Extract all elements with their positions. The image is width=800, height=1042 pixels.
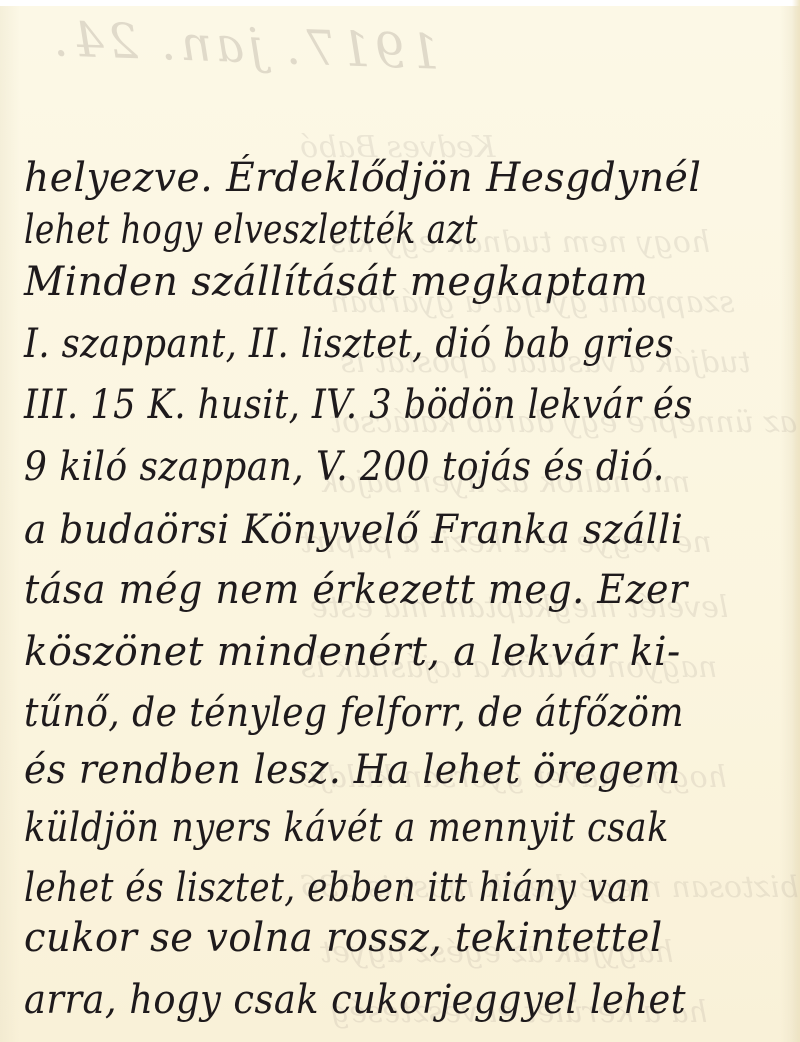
handwritten-line: arra, hogy csak cukorjeggyel lehet [24,980,686,1020]
handwritten-line: cukor se volna rossz, tekintettel [24,918,663,958]
scan-top-edge [0,0,800,6]
handwritten-line: lehet és lisztet, ebben itt hiány van [24,868,651,908]
letter-page: 1917. jan. 24. Kedves Babó hogy nem tudn… [0,0,800,1042]
bleed-through-date: 1917. jan. 24. [49,11,441,81]
handwritten-line: köszönet mindenért, a lekvár ki- [24,632,681,672]
handwritten-line: Minden szállítását megkaptam [24,262,648,302]
handwritten-line: és rendben lesz. Ha lehet öregem [24,750,681,790]
handwritten-line: helyezve. Érdeklődjön Hesgdynél [24,158,701,198]
handwritten-line: I. szappant, II. lisztet, dió bab gries [24,324,674,364]
handwritten-line: a budaörsi Könyvelő Franka szálli [24,510,683,550]
handwritten-line: III. 15 K. husit, IV. 3 bödön lekvár és [24,385,693,425]
handwritten-line: küldjön nyers kávét a mennyit csak [24,808,669,848]
handwritten-line: tása még nem érkezett meg. Ezer [24,570,688,610]
handwritten-line: tűnő, de tényleg felforr, de átfőzöm [24,693,684,733]
handwritten-line: 9 kiló szappan, V. 200 tojás és dió. [24,447,665,487]
handwritten-line: lehet hogy elveszlették azt [24,210,478,250]
